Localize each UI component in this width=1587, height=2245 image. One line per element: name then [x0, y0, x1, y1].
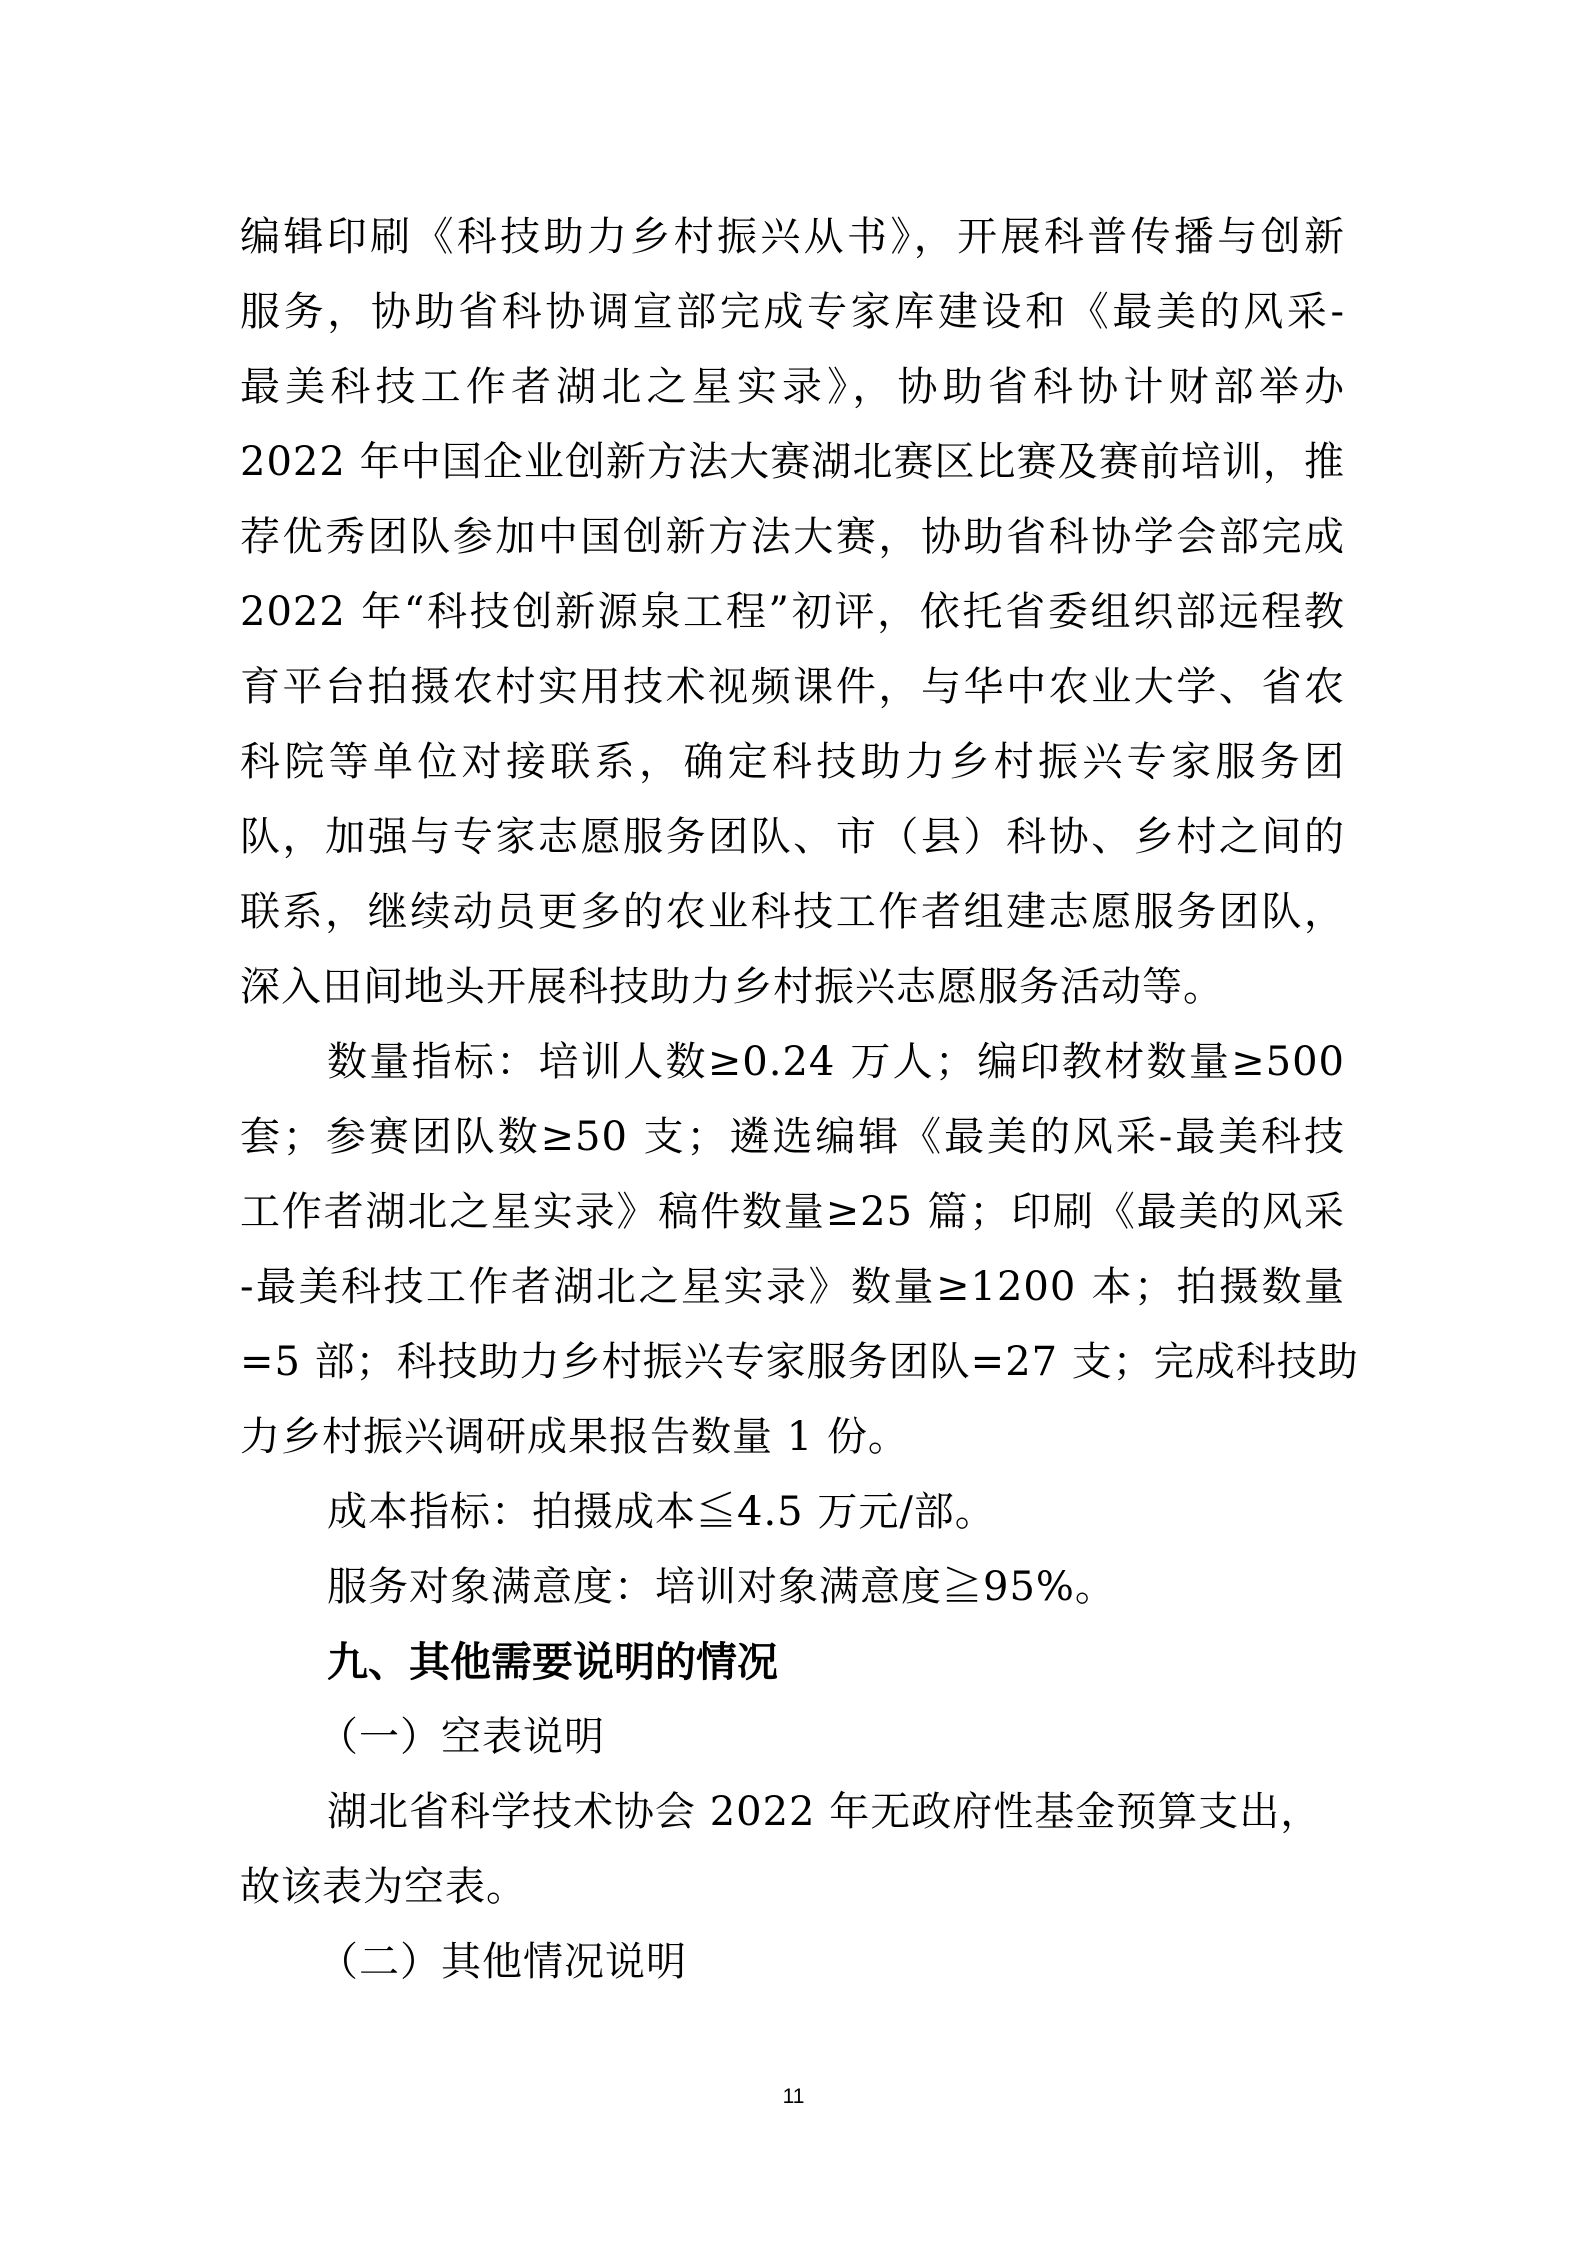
quantity-indicators-line: 套；参赛团队数≥50 支；遴选编辑《最美的风采-最美科技 [240, 1100, 1345, 1175]
satisfaction-indicator-line: 服务对象满意度：培训对象满意度≧95%。 [327, 1550, 1116, 1625]
paragraph-line: 育平台拍摄农村实用技术视频课件，与华中农业大学、省农 [240, 650, 1345, 725]
paragraph-line: 最美科技工作者湖北之星实录》，协助省科协计财部举办 [240, 350, 1345, 425]
paragraph-line: 队，加强与专家志愿服务团队、市（县）科协、乡村之间的 [240, 800, 1345, 875]
paragraph-line: 荐优秀团队参加中国创新方法大赛，协助省科协学会部完成 [240, 500, 1345, 575]
subsection-body-line: 故该表为空表。 [240, 1850, 1345, 1925]
paragraph-line: 编辑印刷《科技助力乡村振兴从书》，开展科普传播与创新 [240, 200, 1345, 275]
cost-indicator-line: 成本指标：拍摄成本≦4.5 万元/部。 [327, 1475, 996, 1550]
section-heading: 九、其他需要说明的情况 [327, 1625, 778, 1700]
quantity-indicators-line: =5 部；科技助力乡村振兴专家服务团队=27 支；完成科技助 [240, 1325, 1345, 1400]
document-page: 编辑印刷《科技助力乡村振兴从书》，开展科普传播与创新 服务，协助省科协调宣部完成… [0, 0, 1587, 2245]
quantity-indicators-line: 力乡村振兴调研成果报告数量 1 份。 [240, 1400, 1345, 1475]
page-number: 11 [0, 2085, 1587, 2109]
paragraph-line: 联系，继续动员更多的农业科技工作者组建志愿服务团队， [240, 875, 1345, 950]
subsection-body-line: 湖北省科学技术协会 2022 年无政府性基金预算支出， [327, 1775, 1321, 1850]
quantity-indicators-line: 数量指标：培训人数≥0.24 万人；编印教材数量≥500 [327, 1025, 1345, 1100]
subsection-title: （一）空表说明 [318, 1700, 605, 1775]
quantity-indicators-line: 工作者湖北之星实录》稿件数量≥25 篇；印刷《最美的风采 [240, 1175, 1345, 1250]
paragraph-line: 服务，协助省科协调宣部完成专家库建设和《最美的风采- [240, 275, 1345, 350]
paragraph-line: 深入田间地头开展科技助力乡村振兴志愿服务活动等。 [240, 950, 1345, 1025]
paragraph-line: 2022 年“科技创新源泉工程”初评，依托省委组织部远程教 [240, 575, 1345, 650]
quantity-indicators-line: -最美科技工作者湖北之星实录》数量≥1200 本；拍摄数量 [240, 1250, 1345, 1325]
paragraph-line: 2022 年中国企业创新方法大赛湖北赛区比赛及赛前培训，推 [240, 425, 1345, 500]
subsection-title: （二）其他情况说明 [318, 1925, 687, 2000]
paragraph-line: 科院等单位对接联系，确定科技助力乡村振兴专家服务团 [240, 725, 1345, 800]
